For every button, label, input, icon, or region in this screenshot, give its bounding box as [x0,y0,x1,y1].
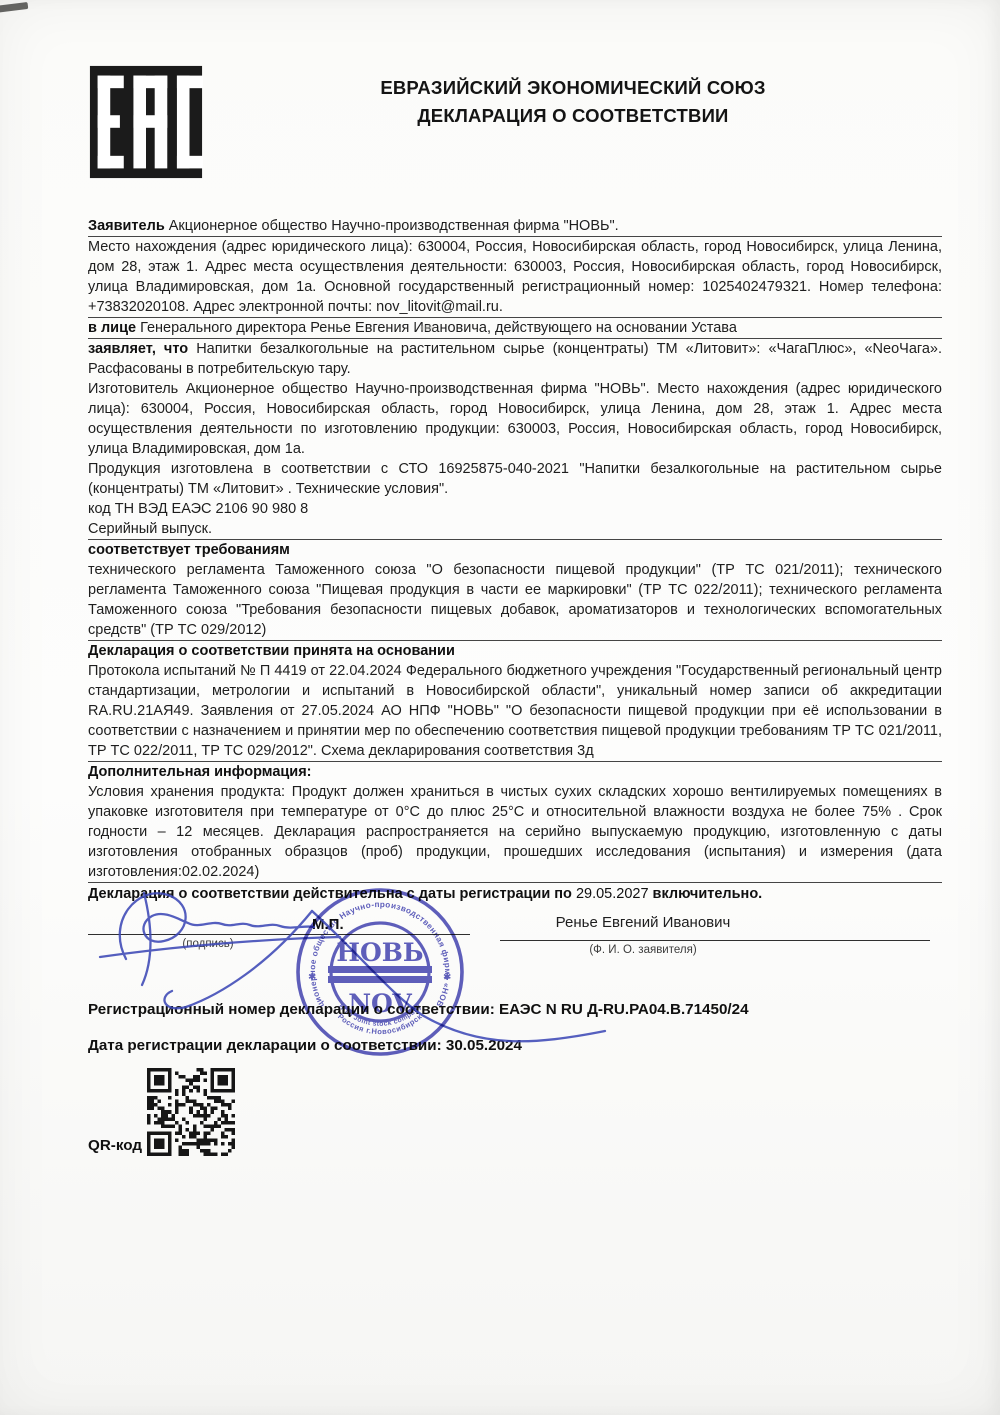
validity-date: 29.05.2027 [576,886,649,902]
manufacturer-paragraph: Изготовитель Акционерное общество Научно… [88,379,942,459]
eac-logo: ЕАС [88,64,204,180]
scan-smudge [845,282,855,290]
stamp-star-left: ✱ [308,972,316,983]
additional-info-heading: Дополнительная информация: [88,762,942,782]
qr-section: QR-код [88,1068,942,1156]
applicant-value: Акционерное общество Научно-производстве… [169,218,619,234]
qr-code [147,1068,235,1156]
scan-corner-artifact [0,2,28,13]
declares-value: Напитки безалкогольные на растительном с… [88,341,942,377]
declaration-document: ЕАС [0,0,1000,1415]
additional-info-paragraph: Условия хранения продукта: Продукт долже… [88,782,942,883]
registration-number-label: Регистрационный номер декларации о соотв… [88,1001,495,1018]
signature-block: (подпись) М.П. Ренье Евгений Иванович (Ф… [88,904,942,994]
document-header: ЕАС [88,64,942,180]
basis-paragraph: Протокола испытаний № П 4419 от 22.04.20… [88,661,942,762]
stamp-center-name-ru: НОВЬ [336,938,423,967]
registration-number-value: ЕАЭС N RU Д-RU.РА04.В.71450/24 [499,1001,749,1018]
declares-line: заявляет, что Напитки безалкогольные на … [88,339,942,379]
fio-caption: (Ф. И. О. заявителя) [428,944,858,956]
document-title: ЕВРАЗИЙСКИЙ ЭКОНОМИЧЕСКИЙ СОЮЗ ДЕКЛАРАЦИ… [204,64,942,130]
complies-heading: соответствует требованиям [88,540,942,560]
applicant-address: Место нахождения (адрес юридического лиц… [88,237,942,318]
applicant-fio: Ренье Евгений Иванович [428,914,858,931]
applicant-label: Заявитель [88,218,165,234]
in-person-value: Генерального директора Ренье Евгения Ива… [140,320,737,336]
registration-date-value: 30.05.2024 [446,1037,522,1054]
declares-label: заявляет, что [88,341,188,357]
basis-heading: Декларация о соответствии принята на осн… [88,641,942,661]
production-standard-paragraph: Продукция изготовлена в соответствии с С… [88,459,942,499]
registration-number-line: Регистрационный номер декларации о соотв… [88,1000,942,1020]
mp-label: М.П. [312,916,344,933]
signature-caption: (подпись) [138,938,278,950]
fio-line [500,940,930,941]
document-title-line2: ДЕКЛАРАЦИЯ О СООТВЕТСТВИИ [204,102,942,130]
stamp-star-right: ✱ [443,972,451,983]
applicant-line: Заявитель Акционерное общество Научно-пр… [88,216,942,237]
complies-paragraph: технического регламента Таможенного союз… [88,560,942,641]
eac-mark-icon [88,64,204,180]
serial-release-line: Серийный выпуск. [88,519,942,540]
validity-suffix: включительно. [653,886,763,902]
validity-prefix: Декларация о соответствии действительна … [88,886,572,902]
company-stamp: Акционерное общество Научно-производстве… [292,884,468,1060]
scan-smudge [420,325,434,331]
in-person-line: в лице Генерального директора Ренье Евге… [88,318,942,339]
tnved-code-line: код ТН ВЭД ЕАЭС 2106 90 980 8 [88,499,942,519]
document-title-line1: ЕВРАЗИЙСКИЙ ЭКОНОМИЧЕСКИЙ СОЮЗ [204,74,942,102]
qr-label: QR-код [88,1137,142,1156]
in-person-label: в лице [88,320,136,336]
registration-date-label: Дата регистрации декларации о соответств… [88,1037,442,1054]
validity-line: Декларация о соответствии действительна … [88,884,942,904]
signature-line [88,934,470,935]
registration-date-line: Дата регистрации декларации о соответств… [88,1036,942,1056]
document-body: Заявитель Акционерное общество Научно-пр… [88,216,942,904]
